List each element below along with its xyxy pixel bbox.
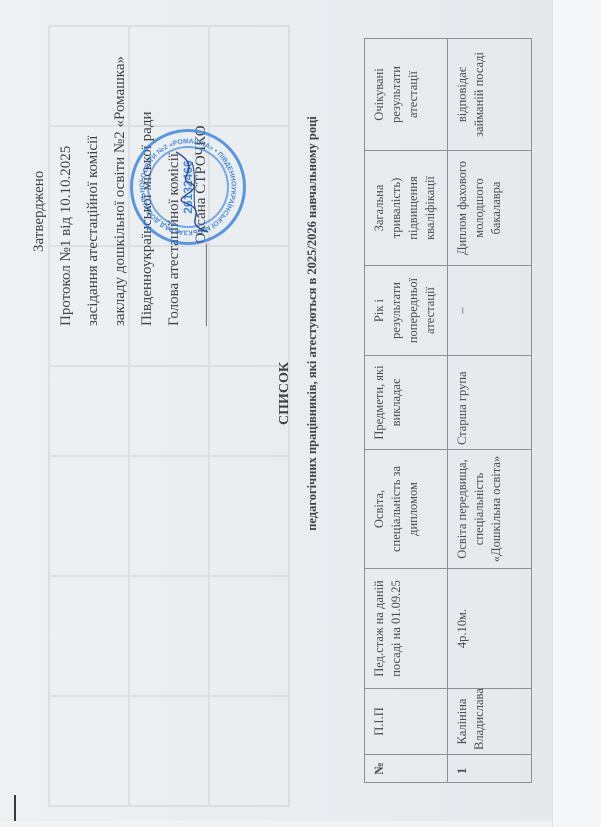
margin-mark	[14, 795, 16, 821]
signature-scribble	[168, 147, 218, 237]
cell-subjects: Старша група	[448, 356, 532, 450]
column-header-education: Освіта, спеціальність за дипломом	[365, 450, 448, 569]
scanner-bed-edge	[552, 0, 601, 827]
column-header-name: П.І.П	[365, 689, 448, 755]
cell-expected-result: відповідає займаній посаді	[448, 39, 532, 151]
column-header-expected-result: Очікувані результати атестації	[365, 39, 448, 151]
cell-qualification: Диплом фахового молодшого бакалавра	[448, 151, 532, 266]
scan-edge	[0, 821, 601, 827]
cell-name: Калініна Владислава	[448, 689, 532, 755]
column-header-subjects: Предмети, які викладає	[365, 356, 448, 450]
cell-number: 1	[448, 755, 532, 783]
column-header-number: №	[365, 755, 448, 783]
approval-meeting: засідання атестаційної комісії	[80, 2, 107, 362]
approval-protocol: Протокол №1 від 10.10.2025	[53, 2, 80, 362]
column-header-previous-attestation: Рік і результати попередньої атестації	[365, 266, 448, 356]
table-row: 1 Калініна Владислава 4р.10м. Освіта пер…	[448, 39, 532, 783]
approval-heading: Затверджено	[26, 2, 53, 362]
attestation-table: № П.І.П Пед.стаж на даній посаді на 01.0…	[364, 38, 532, 783]
document-subtitle: педагогічних працівників, які атестуютьс…	[305, 0, 320, 827]
cell-experience: 4р.10м.	[448, 569, 532, 689]
scanned-document-page: Затверджено Протокол №1 від 10.10.2025 з…	[0, 0, 601, 827]
cell-previous-attestation: –	[448, 266, 532, 356]
document-title: СПИСОК	[277, 0, 293, 827]
column-header-experience: Пед.стаж на даній посаді на 01.09.25	[365, 569, 448, 689]
column-header-qualification: Загальна тривалість) підвищення кваліфік…	[365, 151, 448, 266]
cell-education: Освіта передвища, спеціальність «Дошкіль…	[448, 450, 532, 569]
table-header-row: № П.І.П Пед.стаж на даній посаді на 01.0…	[365, 39, 448, 783]
